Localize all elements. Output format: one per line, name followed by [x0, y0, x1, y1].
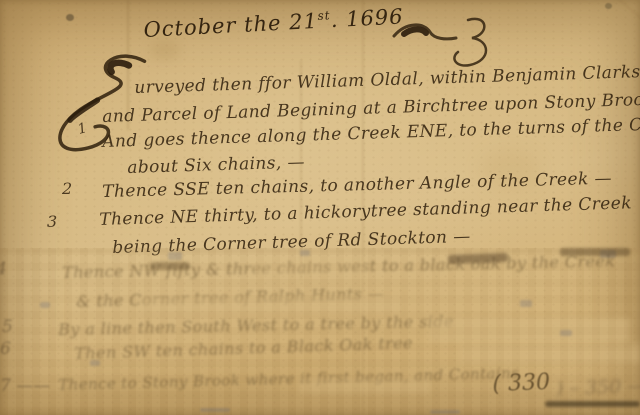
dark-smudge: [560, 248, 630, 256]
dark-smudge: [150, 262, 190, 270]
margin-number-2: 2: [62, 179, 72, 198]
margin-number-3: 3: [47, 212, 57, 231]
artifact-overlay: [0, 248, 640, 415]
speckle: [90, 360, 100, 366]
calligraphic-flourish-icon: [390, 14, 495, 69]
speckle: [300, 250, 310, 256]
speckle: [430, 410, 460, 414]
dark-smudge: [545, 401, 640, 407]
manuscript-page: October the 21st. 1696 S 1 2 3 4 5 6 7 —…: [0, 0, 640, 415]
speckle: [560, 330, 572, 336]
date-ordinal: st: [317, 8, 331, 23]
speckle: [520, 300, 532, 307]
speckle: [168, 252, 182, 260]
ink-stain: [66, 14, 74, 21]
paper-blotch: [150, 40, 180, 60]
speckle: [40, 302, 50, 308]
ink-stain: [605, 3, 612, 9]
speckle: [200, 408, 230, 412]
